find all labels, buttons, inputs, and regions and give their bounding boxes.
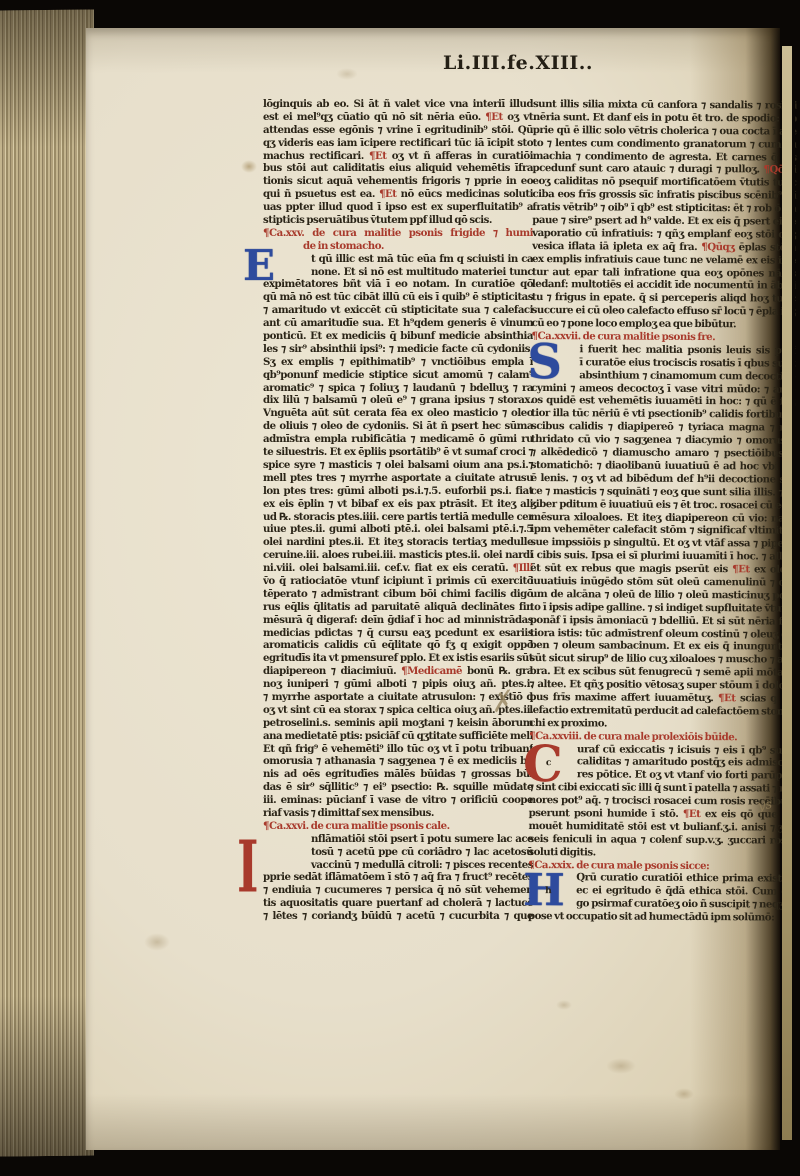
text-line: to ⁊ lentes cum condimento granatorum ⁊ …: [533, 137, 797, 152]
pen-mark-note: ys: [757, 797, 773, 814]
body-paragraph: lōginquis ab eo. Si āt ñ valet vice vna …: [263, 98, 533, 227]
body-paragraph: Et qū illic est mā tūc eūa fm q sciuisti…: [263, 253, 533, 820]
text-line: tis aquositatis quare puertanf ad choler…: [263, 897, 533, 910]
text-line: tēperato ⁊ admīstrant cibum bōi chimi fa…: [263, 588, 533, 601]
text-line: v̄o q̄ ratiociatōe vtunf icipiunt ī prim…: [263, 575, 533, 588]
text-line: pprie sedāt iflāmatōem ī stō ⁊ aq̄ fra ⁊…: [263, 871, 533, 884]
text-line: iii. eminas: pūcianf ī vase de vitro ⁊ o…: [263, 794, 533, 807]
text-line: nēria sunt. Et danf eis in potu ēt tro. …: [533, 111, 797, 126]
text-line: Et qñ frig⁹ ē vehemēti⁹ illo tūc oʒ vt ī…: [263, 743, 533, 756]
text-line: te siluestris. Et ex ēpliis psortātib⁹ ē…: [263, 446, 533, 459]
text-line: egritudīs ita vt pmensuref pplo. Et ex i…: [263, 652, 533, 665]
text-line: rus eq̄lis q̄litatis ad paruitatē aliquā…: [263, 601, 533, 614]
text-line: ʒiber pditum ē iuuatiuū eis ⁊ ēt troc. r…: [530, 498, 794, 513]
text-line: qū mā nō est tūc cibāt illū cū eis ī qui…: [263, 291, 533, 304]
text-line: riaf vasis ⁊ dimittaf sex mensibus.: [263, 807, 533, 820]
stain: [674, 1088, 694, 1100]
body-paragraph: Ccuraf cū exiccatis ⁊ icisuis ⁊ eis ī qb…: [528, 743, 793, 861]
text-line: les ⁊ sir⁹ absinthii ipsi⁹: ⁊ medicie fa…: [263, 343, 533, 356]
text-line: lōginquis ab eo. Si āt ñ valet vice vna …: [263, 98, 533, 111]
illuminated-initial-E: E: [243, 245, 275, 287]
illuminated-initial-C: C: [523, 738, 563, 788]
guide-letter: h: [545, 887, 551, 897]
stain: [144, 933, 170, 951]
text-line: t qū illic est mā tūc eūa fm q sciuisti …: [263, 253, 533, 266]
text-line: aromatic⁹ ⁊ spica ⁊ foliuʒ ⁊ laudanū ⁊ b…: [263, 382, 533, 395]
text-line: ē lenis. ⁊ oʒ vt ad bibēdum def h⁹ii dec…: [531, 472, 795, 487]
text-line: est ei mel⁹qʒ cūatio qū nō sit nēria eūo…: [263, 111, 533, 124]
text-line: stipticis pseruātibus v̄tutem ppf illud …: [263, 214, 533, 227]
body-paragraph: Inflāmatiōi stōi psert ī potu sumere lac…: [263, 833, 533, 923]
text-line: bus stōi aut caliditatis eius aliquid ve…: [263, 162, 533, 175]
text-line: ce ⁊ masticis ⁊ squināti ⁊ eoʒ que sunt …: [531, 485, 795, 500]
text-line: uas ppter illud quod ī ipso est ex super…: [263, 201, 533, 214]
text-line: prie qū ē illic solo vētris cholerica ⁊ …: [533, 124, 797, 139]
text-line: tosū ⁊ acetū ppe cū coriādro ⁊ lac aceto…: [263, 846, 533, 859]
illuminated-initial-S: S: [527, 338, 561, 386]
text-line: ceruine.iii. aloes rubei.iii. masticis p…: [263, 549, 533, 562]
stain: [241, 160, 257, 173]
text-line: vaporatio cū infratiuis: ⁊ qñʒ emplanf e…: [532, 227, 796, 242]
text-line: mell ptes tres ⁊ myrrhe asportate a ciui…: [263, 472, 533, 485]
text-line: nflāmatiōi stōi psert ī potu sumere lac …: [263, 833, 533, 846]
text-line: pose vt occupatio sit ad humectādū ipm s…: [528, 910, 792, 925]
guide-letter: c: [546, 758, 551, 768]
text-column-left: lōginquis ab eo. Si āt ñ valet vice vna …: [263, 98, 533, 923]
text-line: um de alcāna ⁊ oleū de lilio ⁊ oleū mast…: [530, 588, 794, 603]
text-line: ponāf ī ipsis āmoniacū ⁊ bdelliū. Et si …: [530, 614, 794, 629]
text-line: omorusia ⁊ athanasia ⁊ sagʒenea ⁊ ē ex m…: [263, 755, 533, 768]
text-line: qui ñ psuetus est ea. ¶Et nō eūcs medici…: [263, 188, 533, 201]
illuminated-initial-I: I: [237, 831, 258, 902]
text-line: ponticū. Et ex mediciis q̄ bibunf medici…: [263, 330, 533, 343]
text-line: ana medietatē ptis: psiciāf cū qʒtitate …: [263, 730, 533, 743]
text-line: to ī ipsis adipe galline. ⁊ si indiget s…: [530, 601, 794, 616]
text-line: ⁊ lētes ⁊ coriandʒ būidū ⁊ acetū ⁊ cucur…: [263, 910, 533, 923]
text-line: spice syre ⁊ masticis ⁊ olei balsami oiu…: [263, 459, 533, 472]
stain: [336, 68, 358, 80]
book-photo: { "book": { "header": "Li.III.fe.XIII.."…: [0, 0, 800, 1176]
text-line: ud ℞. storacis ptes.iiii. cere partis te…: [263, 511, 533, 524]
book-page: Li.III.fe.XIII.. lōginquis ab eo. Si āt …: [86, 28, 780, 1150]
body-paragraph: sunt illis silia mixta cū canfora ⁊ sand…: [532, 98, 797, 332]
text-line: aromaticis calidis cū eq̄litate qō fʒ q …: [263, 639, 533, 652]
text-line: lon ptes tres: gūmi alboti ps.i.⁊.5. euf…: [263, 485, 533, 498]
text-line: none. Et si nō est multitudo materiei tu…: [263, 266, 533, 279]
text-line: de oliuis ⁊ oleo de cydoniis. Si āt ñ ps…: [263, 420, 533, 433]
text-line: ex emplis infratiuis caue tunc ne velamē…: [532, 253, 796, 268]
running-header: Li.III.fe.XIII..: [443, 52, 593, 74]
text-line: qʒ videris eas iam īcipere rectificari t…: [263, 137, 533, 150]
illuminated-initial-H: H: [523, 869, 564, 913]
body-paragraph: Si fuerit hec malitia psonis leuis sis p…: [529, 343, 795, 731]
text-line: diapipereon ⁊ diacimiuū. ¶Medicamē bonū …: [263, 665, 533, 678]
text-line: ant cū amaritudīe sua. Et h⁹qdem generis…: [263, 317, 533, 330]
page-edges: [0, 10, 94, 1157]
text-line: qb⁹ponunf medicie stiptice sicut amomū ⁊…: [263, 369, 533, 382]
text-line: dix lilū ⁊ balsamū ⁊ oleū e⁹ ⁊ grana ips…: [263, 394, 533, 407]
text-line: lefactio extremitatū perducit ad calefac…: [529, 704, 793, 719]
stain: [606, 1058, 636, 1074]
text-line: expimētatores bñt viā ī eo notam. In cur…: [263, 278, 533, 291]
text-line: vaccinū ⁊ medullā citroli: ⁊ pisces rece…: [263, 859, 533, 872]
body-paragraph: HhQrū curatio curatiōi ethice prima exis…: [528, 871, 792, 924]
text-line: ex eis ēplin ⁊ vt bibaf ex eis pax ptrās…: [263, 498, 533, 511]
opposite-page-edge: [782, 46, 795, 1140]
chapter-heading: ¶Ca.xxvi. de cura malitie psonis cale.: [263, 820, 533, 833]
text-line: uiue ptes.ii. gumi alboti ptē.i. olei ba…: [263, 523, 533, 536]
text-line: mouēt humiditatē stōi est vt bulianf.ʒ.i…: [529, 820, 793, 835]
text-line: mēsurā q̄ digeraf: deīn ḡdiaf ī hoc ad m…: [263, 614, 533, 627]
text-line: ¶Ca.xxvi. de cura malitie psonis cale.: [263, 820, 533, 833]
text-line: ni.viii. olei balsami.iii. cef.v. fiat e…: [263, 562, 533, 575]
text-line: tionis sicut aquā vehementis frigoris ⁊ …: [263, 175, 533, 188]
text-line: medicias pdictas ⁊ q̄ cursu eaʒ pcedunt …: [263, 627, 533, 640]
text-line: vesica iflata iā ipleta ex aq̄ fra. ¶Qūq…: [532, 240, 796, 255]
chapter-heading: ¶Ca.xxv. de cura malitie psonis frigide …: [263, 227, 533, 253]
text-line: olei nardini ptes.ii. Et iteʒ storacis t…: [263, 536, 533, 549]
text-line: das ē sir⁹ sq̄llitic⁹ ⁊ ei⁹ psectio: ℞. …: [263, 781, 533, 794]
text-line: machus rectificari. ¶Et oʒ vt ñ afferas …: [263, 150, 533, 163]
text-line: ⁊ amaritudo vt exiccēt cū stipticitate s…: [263, 304, 533, 317]
stain: [556, 1000, 572, 1010]
text-line: Vnguēta aūt sūt cerata fēa ex oleo masti…: [263, 407, 533, 420]
text-line: Sʒ ex emplis ⁊ epithimatib⁹ ⁊ vnctiōibus…: [263, 356, 533, 369]
text-line: admīstra empla rubificātia ⁊ medicamē ō …: [263, 433, 533, 446]
text-line: petroselini.s. seminis apii moʒtani ⁊ ke…: [263, 717, 533, 730]
text-line: nis ad oēs egritudīes mālēs būidas ⁊ gro…: [263, 768, 533, 781]
text-line: de in stomacho.: [263, 240, 533, 253]
text-line: seis feniculi in aqua ⁊ colenf sup.v.ʒ. …: [528, 833, 792, 848]
text-line: attendas esse egōnis ⁊ vrine ī egritudin…: [263, 124, 533, 137]
text-line: ¶Ca.xxv. de cura malitie psonis frigide …: [263, 227, 533, 240]
text-line: ⁊ endiuia ⁊ cucumeres ⁊ persica q̄ nō sū…: [263, 884, 533, 897]
